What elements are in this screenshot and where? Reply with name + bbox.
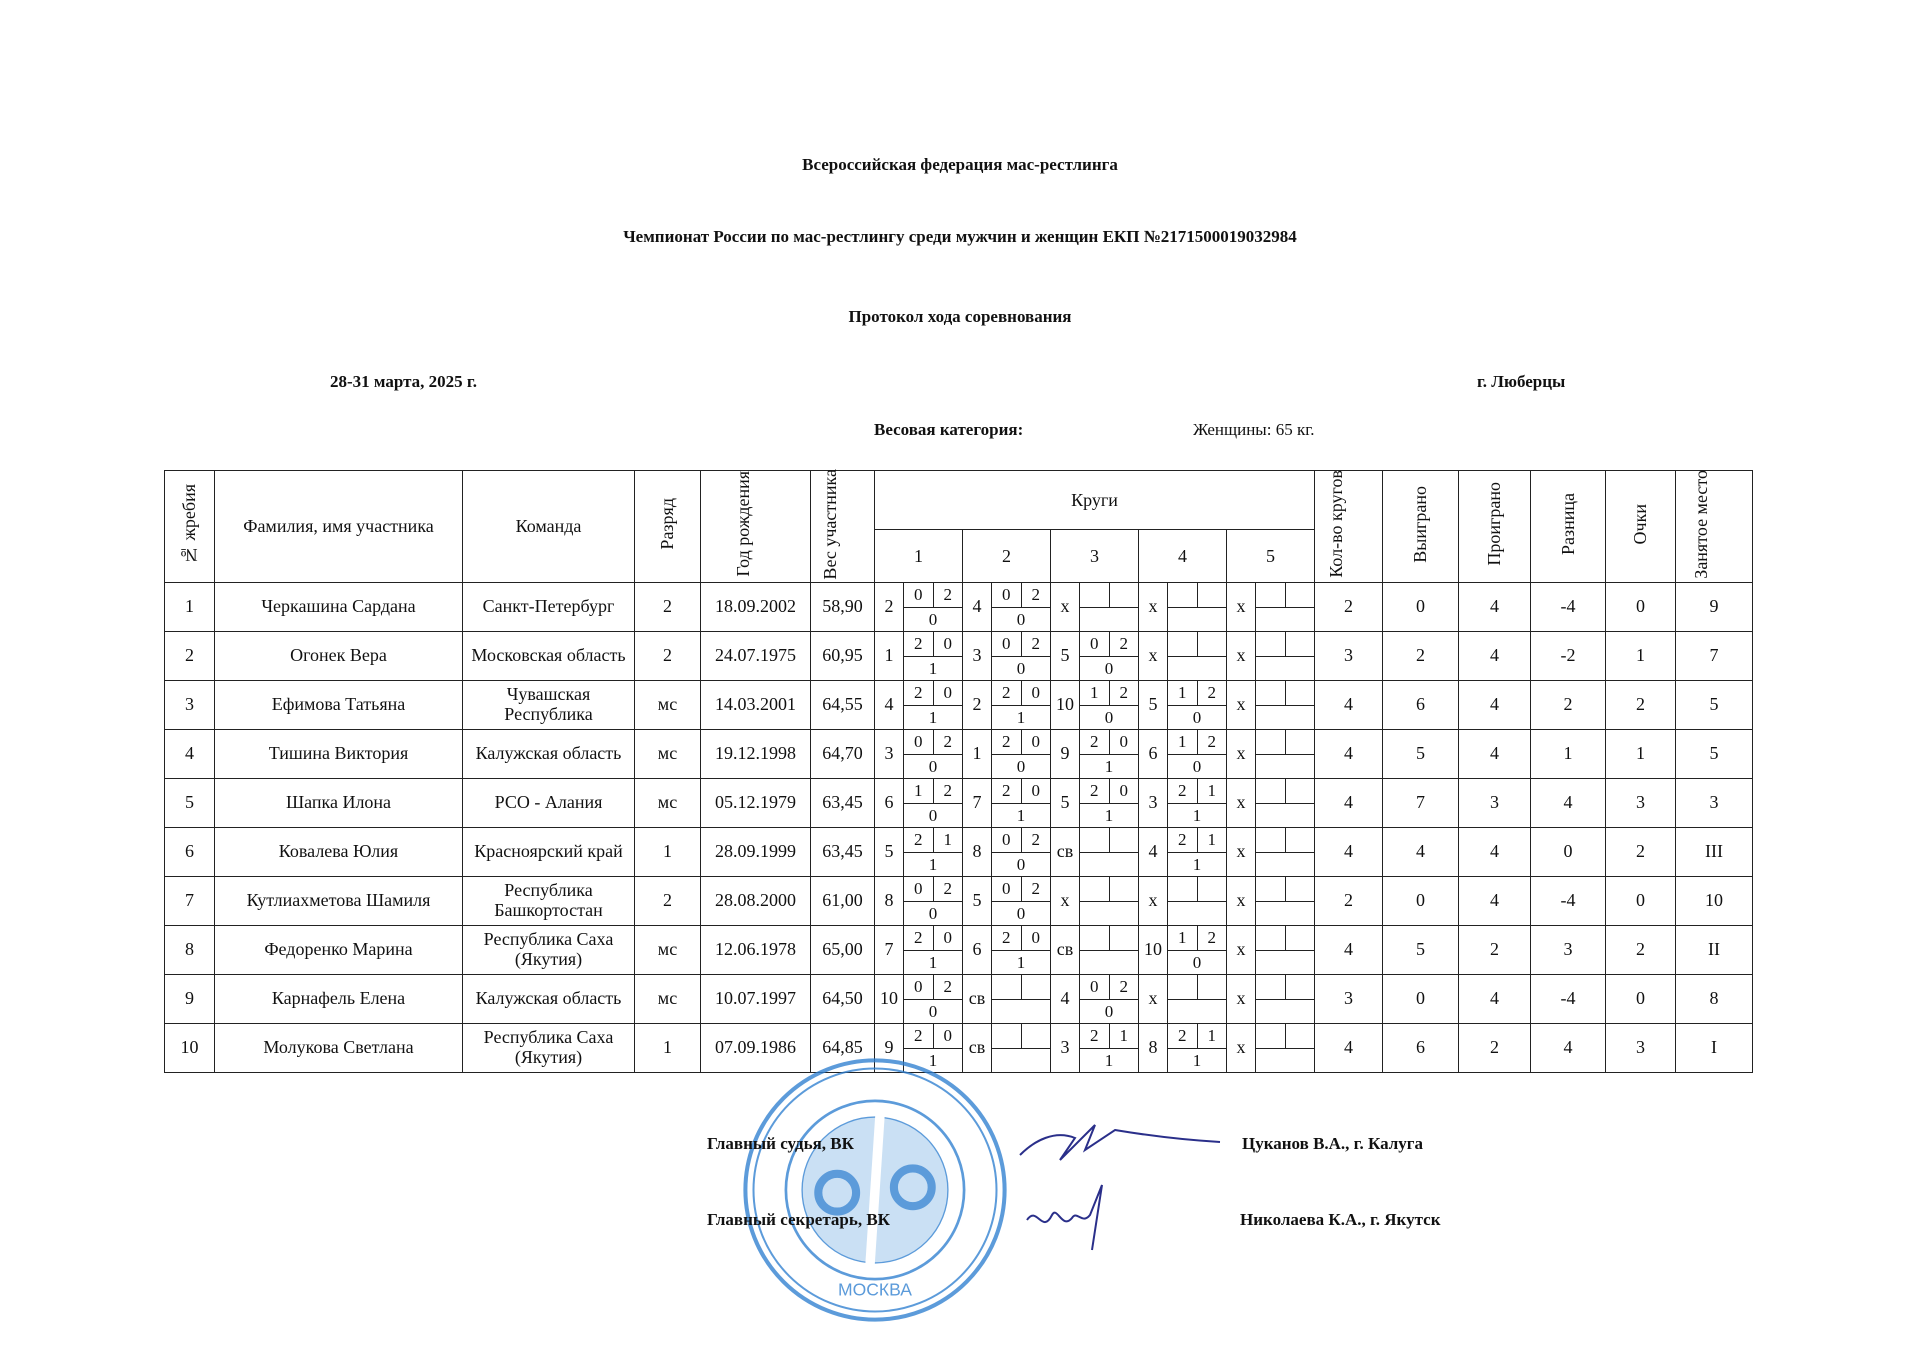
- score-total: 0: [992, 852, 1050, 876]
- round-score-cell: [1080, 877, 1139, 926]
- round-score-cell: 2 0 1: [992, 926, 1051, 975]
- round-score-cell: [1256, 681, 1315, 730]
- round-score-cell: 1 2 0: [904, 779, 963, 828]
- name-cell: Ковалева Юлия: [215, 828, 463, 877]
- col-name: Фамилия, имя участника: [215, 471, 463, 583]
- won-cell: 0: [1383, 583, 1459, 632]
- score-b: [1021, 1024, 1050, 1048]
- won-cell: 2: [1383, 632, 1459, 681]
- score-b: 2: [1021, 583, 1050, 607]
- score-b: 1: [1109, 1024, 1138, 1048]
- round-score-cell: [1256, 877, 1315, 926]
- rounds-count-cell: 4: [1315, 779, 1383, 828]
- score-a: 0: [1080, 632, 1109, 656]
- score-b: 0: [933, 926, 962, 950]
- round-score-cell: [1256, 632, 1315, 681]
- rank-cell: 2: [635, 632, 701, 681]
- score-total: 0: [1080, 656, 1138, 680]
- score-total: 1: [1168, 852, 1226, 876]
- weight-cell: 64,70: [811, 730, 875, 779]
- place-cell: 8: [1676, 975, 1753, 1024]
- score-a: 2: [1080, 1024, 1109, 1048]
- score-total: [1256, 999, 1314, 1023]
- score-total: [1256, 607, 1314, 631]
- score-total: 1: [992, 803, 1050, 827]
- score-total: 1: [992, 705, 1050, 729]
- championship-title: Чемпионат России по мас-рестлингу среди …: [0, 227, 1920, 247]
- round-opponent-cell: 5: [963, 877, 992, 926]
- name-cell: Огонек Вера: [215, 632, 463, 681]
- score-a: 1: [1080, 681, 1109, 705]
- rounds-count-cell: 4: [1315, 730, 1383, 779]
- round-score-cell: [1168, 975, 1227, 1024]
- round-score-cell: 0 2 0: [904, 730, 963, 779]
- name-cell: Тишина Виктория: [215, 730, 463, 779]
- rank-cell: мс: [635, 779, 701, 828]
- round-opponent-cell: х: [1227, 583, 1256, 632]
- score-b: [1285, 779, 1314, 803]
- round-score-cell: [1168, 877, 1227, 926]
- rank-cell: 1: [635, 828, 701, 877]
- col-rounds: Круги: [875, 471, 1315, 530]
- round-score-cell: 0 2 0: [992, 828, 1051, 877]
- round-score-cell: 2 0 1: [1080, 779, 1139, 828]
- draw-no-cell: 10: [165, 1024, 215, 1073]
- score-a: [1256, 681, 1285, 705]
- table-row: 3Ефимова ТатьянаЧувашская Республикамс14…: [165, 681, 1753, 730]
- protocol-table: № жребия Фамилия, имя участника Команда …: [164, 470, 1753, 1073]
- round-opponent-cell: 4: [875, 681, 904, 730]
- team-cell: Красноярский край: [463, 828, 635, 877]
- round-score-cell: 2 1 1: [1168, 828, 1227, 877]
- score-b: 1: [933, 828, 962, 852]
- score-a: [1256, 926, 1285, 950]
- round-opponent-cell: 3: [875, 730, 904, 779]
- score-b: 0: [1021, 730, 1050, 754]
- rank-cell: 1: [635, 1024, 701, 1073]
- round-opponent-cell: х: [1227, 926, 1256, 975]
- birth-cell: 10.07.1997: [701, 975, 811, 1024]
- round-opponent-cell: 7: [963, 779, 992, 828]
- score-total: 0: [904, 754, 962, 778]
- rounds-count-cell: 4: [1315, 1024, 1383, 1073]
- score-total: [1080, 901, 1138, 925]
- round-opponent-cell: х: [1227, 730, 1256, 779]
- points-cell: 3: [1606, 1024, 1676, 1073]
- round-opponent-cell: 10: [1139, 926, 1168, 975]
- rank-cell: мс: [635, 681, 701, 730]
- score-b: 2: [1021, 877, 1050, 901]
- weight-category-label: Весовая категория:: [874, 420, 1023, 440]
- place-cell: I: [1676, 1024, 1753, 1073]
- weight-cell: 60,95: [811, 632, 875, 681]
- round-score-cell: 1 2 0: [1168, 681, 1227, 730]
- score-a: [1080, 828, 1109, 852]
- round-score-cell: [992, 975, 1051, 1024]
- round-opponent-cell: 5: [1139, 681, 1168, 730]
- score-total: [1256, 950, 1314, 974]
- birth-cell: 28.09.1999: [701, 828, 811, 877]
- rank-cell: мс: [635, 730, 701, 779]
- score-total: [1168, 607, 1226, 631]
- col-team: Команда: [463, 471, 635, 583]
- score-total: 0: [992, 754, 1050, 778]
- col-diff: Разница: [1531, 471, 1606, 583]
- round-score-cell: 2 1 1: [1168, 1024, 1227, 1073]
- protocol-title: Протокол хода соревнования: [0, 307, 1920, 327]
- round-opponent-cell: х: [1139, 877, 1168, 926]
- score-a: [992, 1024, 1021, 1048]
- score-b: 2: [1109, 975, 1138, 999]
- score-a: 0: [904, 877, 933, 901]
- round-opponent-cell: х: [1227, 828, 1256, 877]
- round-score-cell: 2 1 1: [904, 828, 963, 877]
- score-a: 2: [1080, 779, 1109, 803]
- federation-title: Всероссийская федерация мас-рестлинга: [0, 155, 1920, 175]
- draw-no-cell: 6: [165, 828, 215, 877]
- score-b: 2: [1197, 681, 1226, 705]
- round-header-1: 1: [875, 530, 963, 583]
- diff-cell: -4: [1531, 583, 1606, 632]
- score-b: 0: [1109, 779, 1138, 803]
- score-total: [1256, 852, 1314, 876]
- score-total: 1: [1080, 754, 1138, 778]
- score-total: 0: [1080, 999, 1138, 1023]
- diff-cell: 0: [1531, 828, 1606, 877]
- round-score-cell: [1168, 632, 1227, 681]
- place-cell: 5: [1676, 681, 1753, 730]
- score-b: [1285, 877, 1314, 901]
- score-b: [1285, 975, 1314, 999]
- round-score-cell: 2 0 1: [904, 681, 963, 730]
- score-total: 0: [904, 999, 962, 1023]
- score-total: [1080, 950, 1138, 974]
- lost-cell: 3: [1459, 779, 1531, 828]
- lost-cell: 4: [1459, 730, 1531, 779]
- round-opponent-cell: 5: [1051, 779, 1080, 828]
- score-b: 2: [933, 583, 962, 607]
- team-cell: Республика Саха (Якутия): [463, 926, 635, 975]
- round-score-cell: [1256, 1024, 1315, 1073]
- table-row: 7Кутлиахметова ШамиляРеспублика Башкорто…: [165, 877, 1753, 926]
- score-b: 1: [1197, 1024, 1226, 1048]
- points-cell: 3: [1606, 779, 1676, 828]
- weight-cell: 64,55: [811, 681, 875, 730]
- draw-no-cell: 9: [165, 975, 215, 1024]
- score-b: 0: [1109, 730, 1138, 754]
- place-cell: II: [1676, 926, 1753, 975]
- col-rounds-count: Кол-во кругов: [1315, 471, 1383, 583]
- score-total: [1256, 705, 1314, 729]
- round-opponent-cell: 7: [875, 926, 904, 975]
- rounds-count-cell: 4: [1315, 828, 1383, 877]
- score-a: 1: [1168, 730, 1197, 754]
- score-a: [1256, 877, 1285, 901]
- score-a: 2: [992, 681, 1021, 705]
- round-opponent-cell: х: [1227, 632, 1256, 681]
- round-score-cell: [1080, 583, 1139, 632]
- place-cell: 5: [1676, 730, 1753, 779]
- round-opponent-cell: 1: [875, 632, 904, 681]
- score-a: 2: [904, 926, 933, 950]
- rounds-count-cell: 4: [1315, 926, 1383, 975]
- round-opponent-cell: 6: [1139, 730, 1168, 779]
- name-cell: Карнафель Елена: [215, 975, 463, 1024]
- draw-no-cell: 7: [165, 877, 215, 926]
- rank-cell: мс: [635, 926, 701, 975]
- score-b: [1021, 975, 1050, 999]
- judge-signature-icon: [1015, 1110, 1225, 1170]
- score-b: 2: [933, 975, 962, 999]
- score-b: 2: [1109, 632, 1138, 656]
- score-a: 0: [992, 877, 1021, 901]
- diff-cell: -4: [1531, 877, 1606, 926]
- lost-cell: 4: [1459, 681, 1531, 730]
- diff-cell: -2: [1531, 632, 1606, 681]
- score-b: 2: [1197, 926, 1226, 950]
- diff-cell: 1: [1531, 730, 1606, 779]
- score-a: [1256, 975, 1285, 999]
- score-total: [1168, 999, 1226, 1023]
- round-score-cell: 1 2 0: [1168, 730, 1227, 779]
- name-cell: Ефимова Татьяна: [215, 681, 463, 730]
- round-score-cell: [1168, 583, 1227, 632]
- round-opponent-cell: 6: [963, 926, 992, 975]
- col-won: Выиграно: [1383, 471, 1459, 583]
- round-score-cell: 0 2 0: [904, 975, 963, 1024]
- score-total: 0: [1168, 754, 1226, 778]
- round-opponent-cell: 3: [1139, 779, 1168, 828]
- col-lost: Проиграно: [1459, 471, 1531, 583]
- weight-cell: 63,45: [811, 779, 875, 828]
- lost-cell: 4: [1459, 583, 1531, 632]
- round-score-cell: [1256, 779, 1315, 828]
- score-total: [1256, 754, 1314, 778]
- points-cell: 2: [1606, 828, 1676, 877]
- name-cell: Федоренко Марина: [215, 926, 463, 975]
- round-score-cell: 2 0 1: [1080, 730, 1139, 779]
- score-a: [1168, 975, 1197, 999]
- score-b: [1109, 877, 1138, 901]
- round-score-cell: [1256, 926, 1315, 975]
- score-b: 0: [933, 1024, 962, 1048]
- round-score-cell: 0 2 0: [904, 877, 963, 926]
- score-a: 0: [1080, 975, 1109, 999]
- round-opponent-cell: св: [963, 975, 992, 1024]
- weight-cell: 65,00: [811, 926, 875, 975]
- round-opponent-cell: 10: [875, 975, 904, 1024]
- score-a: 2: [1168, 1024, 1197, 1048]
- team-cell: Республика Башкортостан: [463, 877, 635, 926]
- won-cell: 6: [1383, 681, 1459, 730]
- score-a: 1: [1168, 681, 1197, 705]
- round-opponent-cell: х: [1227, 975, 1256, 1024]
- name-cell: Кутлиахметова Шамиля: [215, 877, 463, 926]
- score-b: [1197, 632, 1226, 656]
- col-rank: Разряд: [635, 471, 701, 583]
- lost-cell: 4: [1459, 632, 1531, 681]
- score-a: 0: [992, 632, 1021, 656]
- round-opponent-cell: 2: [963, 681, 992, 730]
- round-opponent-cell: х: [1139, 583, 1168, 632]
- weight-category-value: Женщины: 65 кг.: [1193, 420, 1315, 440]
- chief-judge-name: Цуканов В.А., г. Калуга: [1242, 1134, 1423, 1154]
- event-city: г. Люберцы: [1477, 372, 1565, 392]
- score-b: 1: [1197, 779, 1226, 803]
- score-a: 1: [1168, 926, 1197, 950]
- score-a: [1080, 877, 1109, 901]
- score-total: 0: [1168, 705, 1226, 729]
- round-opponent-cell: 6: [875, 779, 904, 828]
- diff-cell: 2: [1531, 681, 1606, 730]
- round-opponent-cell: 8: [1139, 1024, 1168, 1073]
- score-b: 2: [1021, 632, 1050, 656]
- points-cell: 0: [1606, 583, 1676, 632]
- score-a: 0: [992, 828, 1021, 852]
- round-score-cell: 2 0 1: [992, 779, 1051, 828]
- score-a: 2: [1168, 828, 1197, 852]
- score-total: 1: [992, 950, 1050, 974]
- round-score-cell: [1256, 730, 1315, 779]
- rank-cell: 2: [635, 877, 701, 926]
- won-cell: 0: [1383, 877, 1459, 926]
- diff-cell: -4: [1531, 975, 1606, 1024]
- lost-cell: 4: [1459, 975, 1531, 1024]
- score-b: [1197, 975, 1226, 999]
- score-total: 1: [904, 656, 962, 680]
- birth-cell: 12.06.1978: [701, 926, 811, 975]
- birth-cell: 18.09.2002: [701, 583, 811, 632]
- score-total: 0: [992, 901, 1050, 925]
- score-total: [1256, 901, 1314, 925]
- score-total: 1: [904, 705, 962, 729]
- birth-cell: 19.12.1998: [701, 730, 811, 779]
- score-a: 2: [904, 681, 933, 705]
- rounds-count-cell: 3: [1315, 975, 1383, 1024]
- round-score-cell: 2 1 1: [1080, 1024, 1139, 1073]
- score-b: [1109, 926, 1138, 950]
- score-b: [1285, 730, 1314, 754]
- round-header-5: 5: [1227, 530, 1315, 583]
- score-total: 1: [1080, 1048, 1138, 1072]
- score-b: [1285, 681, 1314, 705]
- round-score-cell: 2 1 1: [1168, 779, 1227, 828]
- score-total: 1: [1080, 803, 1138, 827]
- score-a: [1168, 632, 1197, 656]
- score-total: [1080, 852, 1138, 876]
- score-a: [1080, 926, 1109, 950]
- round-score-cell: 0 2 0: [992, 877, 1051, 926]
- points-cell: 0: [1606, 975, 1676, 1024]
- draw-no-cell: 4: [165, 730, 215, 779]
- score-b: [1285, 828, 1314, 852]
- score-total: 0: [904, 607, 962, 631]
- score-a: 2: [992, 730, 1021, 754]
- score-total: [1256, 656, 1314, 680]
- points-cell: 0: [1606, 877, 1676, 926]
- score-a: 0: [904, 975, 933, 999]
- round-opponent-cell: св: [1051, 926, 1080, 975]
- round-opponent-cell: 8: [963, 828, 992, 877]
- rounds-count-cell: 2: [1315, 877, 1383, 926]
- score-a: [1168, 583, 1197, 607]
- draw-no-cell: 8: [165, 926, 215, 975]
- score-b: [1109, 828, 1138, 852]
- team-cell: Санкт-Петербург: [463, 583, 635, 632]
- score-total: 1: [904, 852, 962, 876]
- score-a: 2: [992, 779, 1021, 803]
- round-score-cell: 2 0 0: [992, 730, 1051, 779]
- score-b: 2: [1197, 730, 1226, 754]
- score-b: 2: [933, 877, 962, 901]
- score-a: 2: [1168, 779, 1197, 803]
- score-total: 1: [1168, 803, 1226, 827]
- round-opponent-cell: х: [1139, 975, 1168, 1024]
- col-draw-no: № жребия: [165, 471, 215, 583]
- score-a: [1256, 632, 1285, 656]
- won-cell: 7: [1383, 779, 1459, 828]
- chief-secretary-role: Главный секретарь, ВК: [707, 1210, 890, 1230]
- won-cell: 5: [1383, 730, 1459, 779]
- score-total: [1256, 1048, 1314, 1072]
- col-weight: Вес участника: [811, 471, 875, 583]
- score-total: 1: [1168, 1048, 1226, 1072]
- score-b: [1197, 583, 1226, 607]
- score-b: 0: [1021, 926, 1050, 950]
- round-header-2: 2: [963, 530, 1051, 583]
- table-row: 6Ковалева ЮлияКрасноярский край128.09.19…: [165, 828, 1753, 877]
- score-a: 2: [904, 632, 933, 656]
- lost-cell: 4: [1459, 877, 1531, 926]
- draw-no-cell: 2: [165, 632, 215, 681]
- place-cell: 10: [1676, 877, 1753, 926]
- round-score-cell: 0 2 0: [1080, 632, 1139, 681]
- rank-cell: мс: [635, 975, 701, 1024]
- score-total: [1168, 901, 1226, 925]
- birth-cell: 24.07.1975: [701, 632, 811, 681]
- round-opponent-cell: 8: [875, 877, 904, 926]
- score-total: [992, 999, 1050, 1023]
- score-b: 2: [933, 779, 962, 803]
- table-row: 1Черкашина СарданаСанкт-Петербург218.09.…: [165, 583, 1753, 632]
- weight-cell: 63,45: [811, 828, 875, 877]
- round-score-cell: 2 0 1: [992, 681, 1051, 730]
- score-total: 0: [904, 901, 962, 925]
- draw-no-cell: 5: [165, 779, 215, 828]
- won-cell: 4: [1383, 828, 1459, 877]
- points-cell: 2: [1606, 926, 1676, 975]
- round-header-3: 3: [1051, 530, 1139, 583]
- draw-no-cell: 1: [165, 583, 215, 632]
- rounds-count-cell: 3: [1315, 632, 1383, 681]
- score-b: [1285, 926, 1314, 950]
- place-cell: 9: [1676, 583, 1753, 632]
- round-opponent-cell: 4: [1139, 828, 1168, 877]
- round-opponent-cell: х: [1051, 877, 1080, 926]
- round-score-cell: 2 0 1: [904, 926, 963, 975]
- score-a: 2: [904, 1024, 933, 1048]
- score-a: [1256, 779, 1285, 803]
- rounds-count-cell: 4: [1315, 681, 1383, 730]
- score-a: [1256, 828, 1285, 852]
- points-cell: 1: [1606, 730, 1676, 779]
- table-row: 4Тишина ВикторияКалужская областьмс19.12…: [165, 730, 1753, 779]
- score-a: 2: [992, 926, 1021, 950]
- round-opponent-cell: 10: [1051, 681, 1080, 730]
- score-b: [1197, 877, 1226, 901]
- score-b: [1285, 1024, 1314, 1048]
- score-a: 1: [904, 779, 933, 803]
